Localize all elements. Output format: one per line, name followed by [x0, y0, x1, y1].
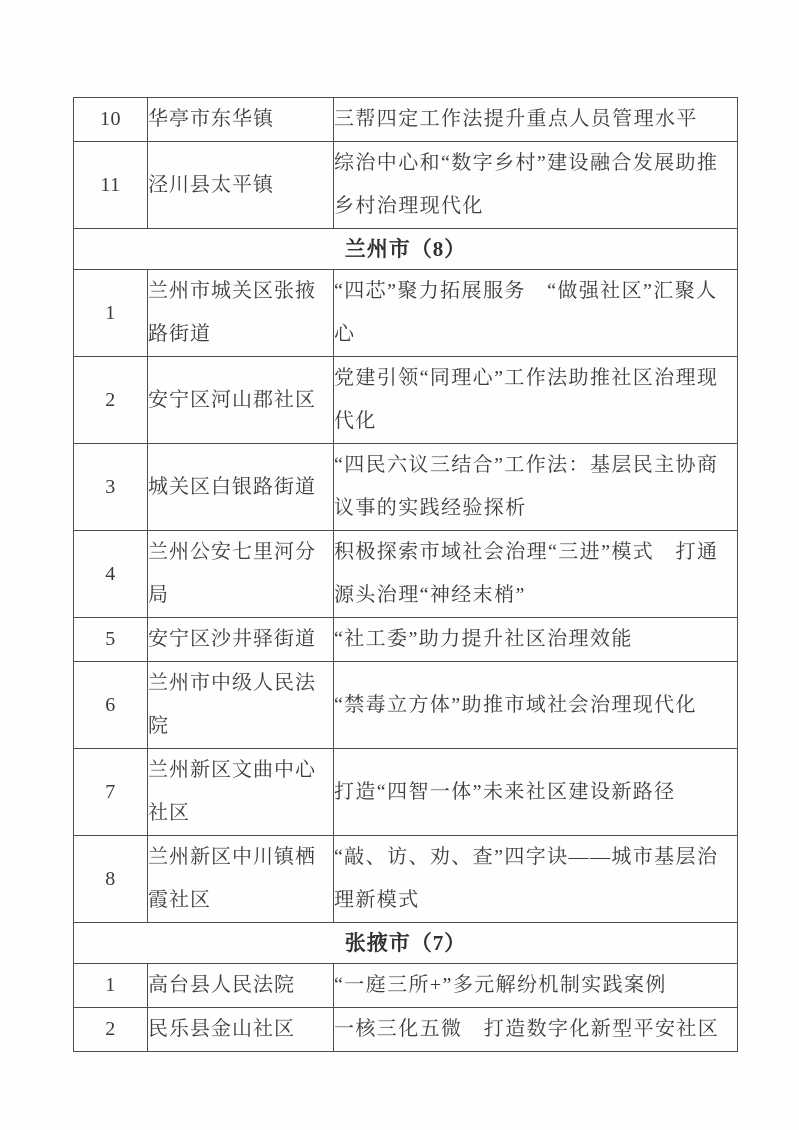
table-row: 2民乐县金山社区一核三化五微 打造数字化新型平安社区: [74, 1008, 738, 1052]
organization-cell: 泾川县太平镇: [148, 142, 334, 229]
row-number-cell: 1: [74, 964, 148, 1008]
row-number-cell: 2: [74, 1008, 148, 1052]
row-number-cell: 1: [74, 270, 148, 357]
table-row: 1高台县人民法院“一庭三所+”多元解纷机制实践案例: [74, 964, 738, 1008]
table-row: 1兰州市城关区张掖路街道“四芯”聚力拓展服务 “做强社区”汇聚人心: [74, 270, 738, 357]
row-number-cell: 7: [74, 749, 148, 836]
organization-cell: 安宁区沙井驿街道: [148, 618, 334, 662]
organization-cell: 兰州市中级人民法院: [148, 662, 334, 749]
case-title-cell: “四民六议三结合”工作法：基层民主协商议事的实践经验探析: [334, 444, 738, 531]
row-number-cell: 4: [74, 531, 148, 618]
table-row: 10华亭市东华镇三帮四定工作法提升重点人员管理水平: [74, 98, 738, 142]
case-title-cell: 打造“四智一体”未来社区建设新路径: [334, 749, 738, 836]
table-body: 10华亭市东华镇三帮四定工作法提升重点人员管理水平11泾川县太平镇综治中心和“数…: [74, 98, 738, 1052]
case-title-cell: 积极探索市域社会治理“三进”模式 打通源头治理“神经末梢”: [334, 531, 738, 618]
organization-cell: 华亭市东华镇: [148, 98, 334, 142]
case-title-cell: 三帮四定工作法提升重点人员管理水平: [334, 98, 738, 142]
section-header-row: 张掖市（7）: [74, 923, 738, 964]
section-header-label: 兰州市（8）: [74, 229, 738, 270]
row-number-cell: 3: [74, 444, 148, 531]
table-row: 7兰州新区文曲中心社区打造“四智一体”未来社区建设新路径: [74, 749, 738, 836]
organization-cell: 城关区白银路街道: [148, 444, 334, 531]
row-number-cell: 10: [74, 98, 148, 142]
case-title-cell: 综治中心和“数字乡村”建设融合发展助推乡村治理现代化: [334, 142, 738, 229]
organization-cell: 安宁区河山郡社区: [148, 357, 334, 444]
organization-cell: 兰州公安七里河分局: [148, 531, 334, 618]
organization-cell: 兰州新区文曲中心社区: [148, 749, 334, 836]
table-row: 2安宁区河山郡社区党建引领“同理心”工作法助推社区治理现代化: [74, 357, 738, 444]
row-number-cell: 6: [74, 662, 148, 749]
row-number-cell: 5: [74, 618, 148, 662]
table-row: 3城关区白银路街道“四民六议三结合”工作法：基层民主协商议事的实践经验探析: [74, 444, 738, 531]
table-row: 6兰州市中级人民法院“禁毒立方体”助推市域社会治理现代化: [74, 662, 738, 749]
case-title-cell: “社工委”助力提升社区治理效能: [334, 618, 738, 662]
table-row: 5安宁区沙井驿街道“社工委”助力提升社区治理效能: [74, 618, 738, 662]
case-title-cell: 党建引领“同理心”工作法助推社区治理现代化: [334, 357, 738, 444]
case-title-cell: “敲、访、劝、查”四字诀——城市基层治理新模式: [334, 836, 738, 923]
row-number-cell: 11: [74, 142, 148, 229]
organization-cell: 兰州市城关区张掖路街道: [148, 270, 334, 357]
document-page: 10华亭市东华镇三帮四定工作法提升重点人员管理水平11泾川县太平镇综治中心和“数…: [0, 0, 799, 1130]
organization-cell: 民乐县金山社区: [148, 1008, 334, 1052]
table-row: 8兰州新区中川镇栖霞社区“敲、访、劝、查”四字诀——城市基层治理新模式: [74, 836, 738, 923]
case-title-cell: “禁毒立方体”助推市域社会治理现代化: [334, 662, 738, 749]
case-title-cell: “一庭三所+”多元解纷机制实践案例: [334, 964, 738, 1008]
practice-cases-table: 10华亭市东华镇三帮四定工作法提升重点人员管理水平11泾川县太平镇综治中心和“数…: [73, 97, 738, 1052]
case-title-cell: “四芯”聚力拓展服务 “做强社区”汇聚人心: [334, 270, 738, 357]
section-header-row: 兰州市（8）: [74, 229, 738, 270]
section-header-label: 张掖市（7）: [74, 923, 738, 964]
organization-cell: 高台县人民法院: [148, 964, 334, 1008]
case-title-cell: 一核三化五微 打造数字化新型平安社区: [334, 1008, 738, 1052]
row-number-cell: 2: [74, 357, 148, 444]
row-number-cell: 8: [74, 836, 148, 923]
table-row: 11泾川县太平镇综治中心和“数字乡村”建设融合发展助推乡村治理现代化: [74, 142, 738, 229]
organization-cell: 兰州新区中川镇栖霞社区: [148, 836, 334, 923]
table-row: 4兰州公安七里河分局积极探索市域社会治理“三进”模式 打通源头治理“神经末梢”: [74, 531, 738, 618]
